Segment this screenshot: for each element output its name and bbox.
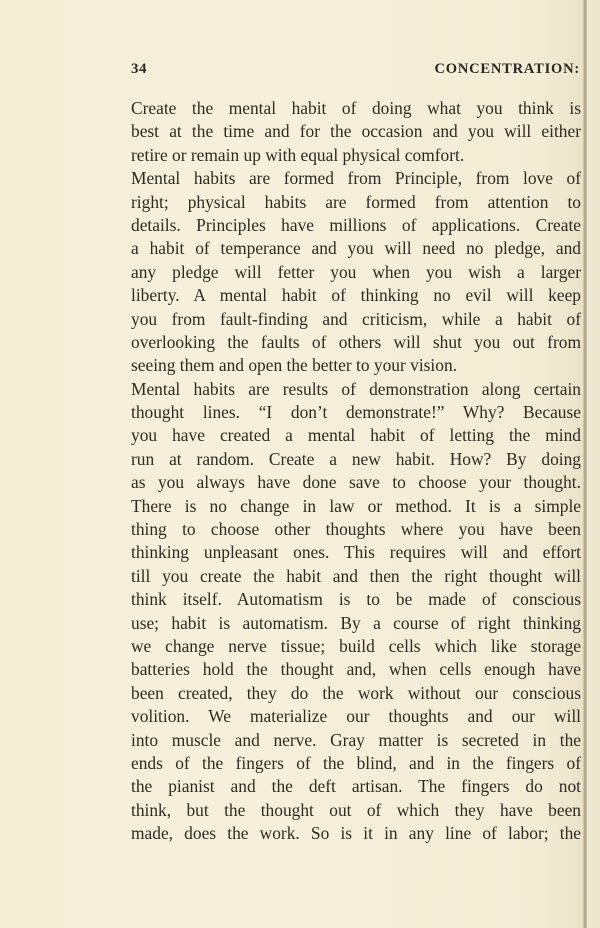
running-title: CONCENTRATION: [435,61,580,78]
text-line: thing to choose other thoughts where you… [131,518,581,541]
text-line: There is no change in law or method. It … [131,495,581,518]
page-number: 34 [131,61,147,78]
text-line: you from fault-finding and criticism, wh… [131,308,581,331]
adjacent-page-strip [587,0,600,928]
text-line: batteries hold the thought and, when cel… [131,658,581,681]
text-line: the pianist and the deft artisan. The fi… [131,775,581,798]
text-line: right; physical habits are formed from a… [131,191,581,214]
text-line: think, but the thought out of which they… [131,799,581,822]
text-line: as you always have done save to choose y… [131,471,581,494]
text-line: details. Principles have millions of app… [131,214,581,237]
text-line: till you create the habit and then the r… [131,565,581,588]
text-line: use; habit is automatism. By a course of… [131,612,581,635]
text-line: made, does the work. So is it in any lin… [131,822,581,845]
text-line: run at random. Create a new habit. How? … [131,448,581,471]
text-line: overlooking the faults of others will sh… [131,331,581,354]
text-line: Mental habits are results of demonstrati… [131,378,581,401]
text-line: thinking unpleasant ones. This requires … [131,541,581,564]
text-line: into muscle and nerve. Gray matter is se… [131,729,581,752]
running-head: 34 CONCENTRATION: [131,61,580,81]
text-line: think itself. Automatism is to be made o… [131,588,581,611]
text-line: we change nerve tissue; build cells whic… [131,635,581,658]
text-line: Mental habits are formed from Principle,… [131,167,581,190]
book-page: 34 CONCENTRATION: Create the mental habi… [0,0,600,928]
text-line: best at the time and for the occasion an… [131,120,581,143]
text-line: liberty. A mental habit of thinking no e… [131,284,581,307]
text-line: thought lines. “I don’t demonstrate!” Wh… [131,401,581,424]
text-line: you have created a mental habit of letti… [131,424,581,447]
text-line: seeing them and open the better to your … [131,354,581,377]
text-line: ends of the fingers of the blind, and in… [131,752,581,775]
body-text: Create the mental habit of doing what yo… [131,97,581,846]
text-line: volition. We materialize our thoughts an… [131,705,581,728]
text-line: retire or remain up with equal physical … [131,144,581,167]
text-line: Create the mental habit of doing what yo… [131,97,581,120]
text-line: been created, they do the work without o… [131,682,581,705]
text-line: any pledge will fetter you when you wish… [131,261,581,284]
text-line: a habit of temperance and you will need … [131,237,581,260]
